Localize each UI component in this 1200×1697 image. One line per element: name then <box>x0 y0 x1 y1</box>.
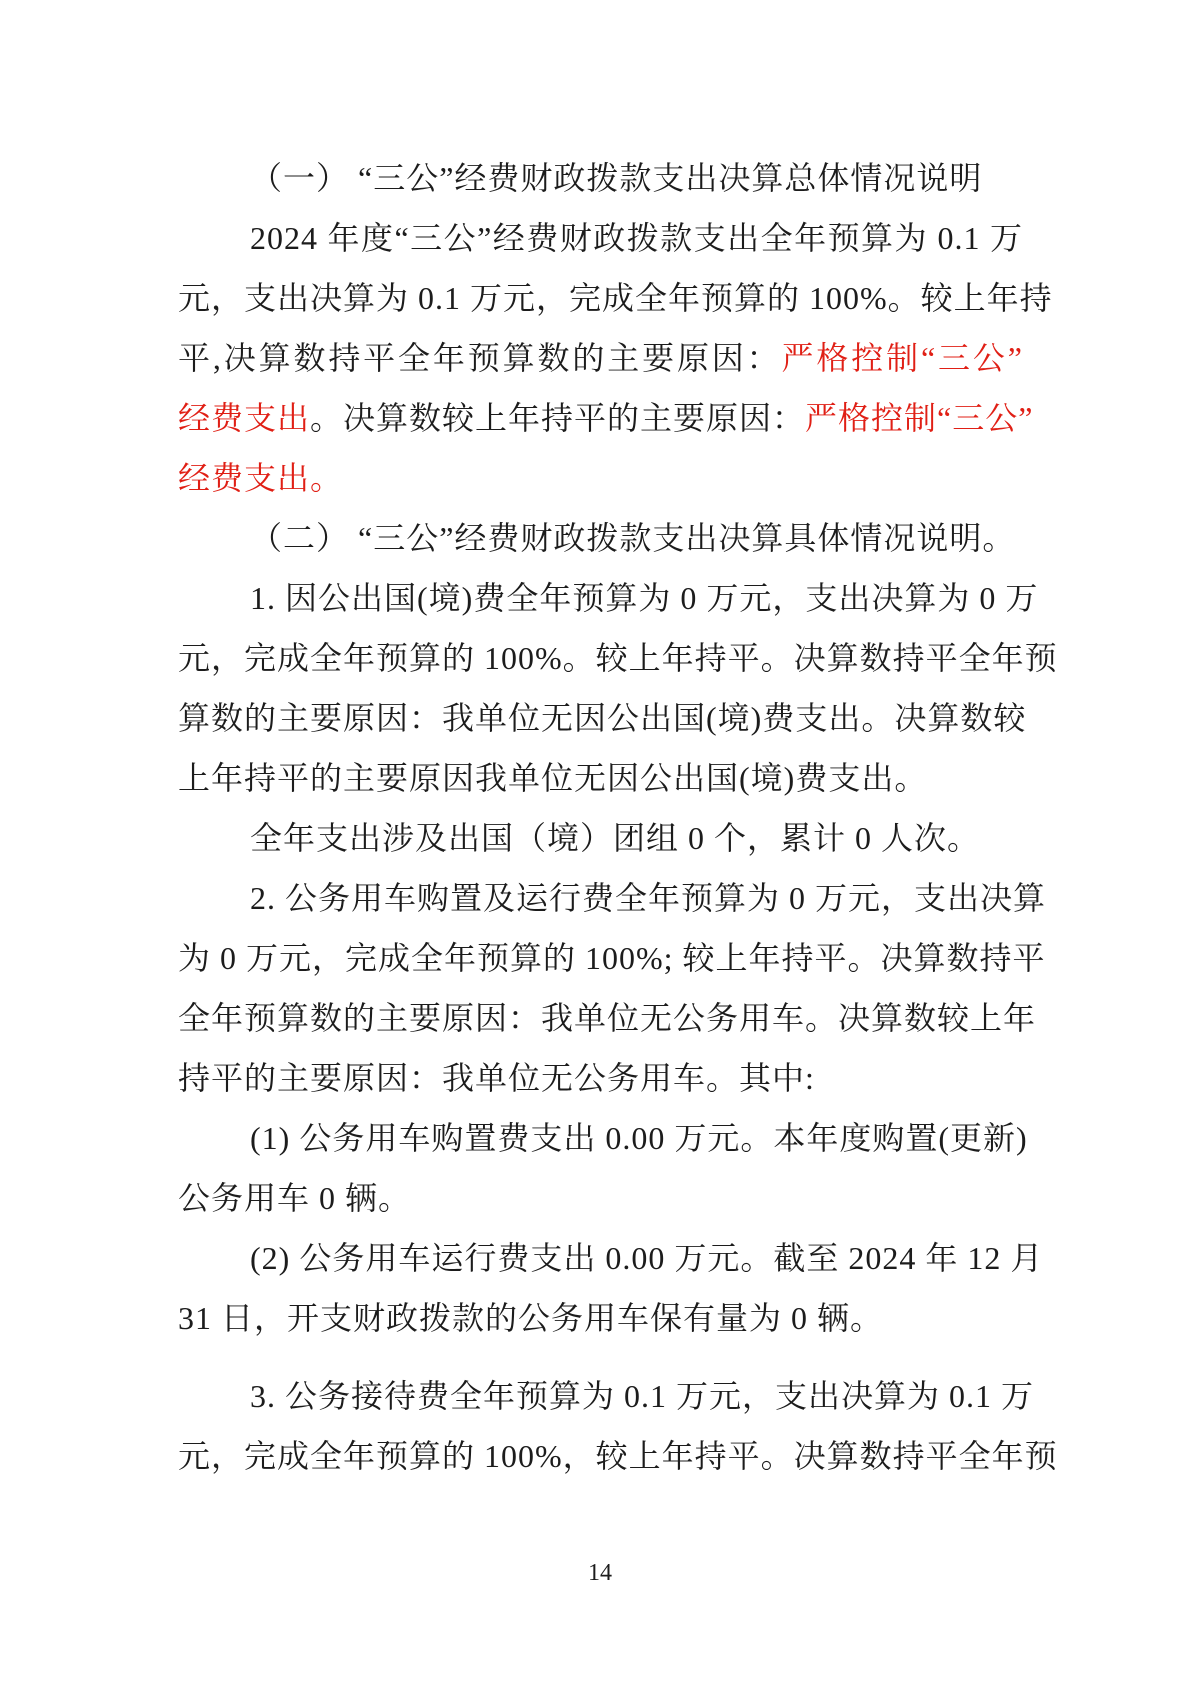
text-line: 1. 因公出国(境)费全年预算为 0 万元，支出决算为 0 万 <box>178 568 1023 628</box>
text-line: 2. 公务用车购置及运行费全年预算为 0 万元，支出决算 <box>178 868 1023 928</box>
body-text: （二） “三公”经费财政拨款支出决算具体情况说明。 <box>250 520 1015 556</box>
body-text: 元，完成全年预算的 100%。较上年持平。决算数持平全年预 <box>178 640 1058 676</box>
body-text: (2) 公务用车运行费支出 0.00 万元。截至 2024 年 12 月 <box>250 1240 1043 1276</box>
highlighted-red-text: 严格控制“三公” <box>805 400 1033 436</box>
text-line: （一） “三公”经费财政拨款支出决算总体情况说明 <box>178 148 1023 208</box>
body-text: 为 0 万元，完成全年预算的 100%; 较上年持平。决算数持平 <box>178 940 1046 976</box>
body-text: 元，支出决算为 0.1 万元，完成全年预算的 100%。较上年持 <box>178 280 1053 316</box>
text-line: (1) 公务用车购置费支出 0.00 万元。本年度购置(更新) <box>178 1108 1023 1168</box>
text-line: 经费支出。 <box>178 448 1023 508</box>
body-text: 元，完成全年预算的 100%，较上年持平。决算数持平全年预 <box>178 1438 1058 1474</box>
body-text: 全年支出涉及出国（境）团组 0 个，累计 0 人次。 <box>250 820 980 856</box>
text-line: 全年预算数的主要原因：我单位无公务用车。决算数较上年 <box>178 988 1023 1048</box>
text-line: 算数的主要原因：我单位无因公出国(境)费支出。决算数较 <box>178 688 1023 748</box>
text-line: 31 日，开支财政拨款的公务用车保有量为 0 辆。 <box>178 1288 1023 1348</box>
document-page: { "page": { "background": "#ffffff", "in… <box>0 0 1200 1697</box>
text-line: 3. 公务接待费全年预算为 0.1 万元，支出决算为 0.1 万 <box>178 1366 1023 1426</box>
text-line: 元，支出决算为 0.1 万元，完成全年预算的 100%。较上年持 <box>178 268 1023 328</box>
text-line: 上年持平的主要原因我单位无因公出国(境)费支出。 <box>178 748 1023 808</box>
text-line: 为 0 万元，完成全年预算的 100%; 较上年持平。决算数持平 <box>178 928 1023 988</box>
highlighted-red-text: 严格控制“三公” <box>782 340 1023 376</box>
body-text: 2024 年度“三公”经费财政拨款支出全年预算为 0.1 万 <box>250 220 1023 256</box>
text-line: 平,决算数持平全年预算数的主要原因：严格控制“三公” <box>178 328 1023 388</box>
body-text: 全年预算数的主要原因：我单位无公务用车。决算数较上年 <box>178 1000 1036 1036</box>
text-line: (2) 公务用车运行费支出 0.00 万元。截至 2024 年 12 月 <box>178 1228 1023 1288</box>
body-text: 平,决算数持平全年预算数的主要原因： <box>178 340 782 376</box>
text-line: 元，完成全年预算的 100%。较上年持平。决算数持平全年预 <box>178 628 1023 688</box>
text-line: 元，完成全年预算的 100%，较上年持平。决算数持平全年预 <box>178 1426 1023 1486</box>
body-text: 2. 公务用车购置及运行费全年预算为 0 万元，支出决算 <box>250 880 1046 916</box>
body-text: 算数的主要原因：我单位无因公出国(境)费支出。决算数较 <box>178 700 1026 736</box>
body-text: 1. 因公出国(境)费全年预算为 0 万元，支出决算为 0 万 <box>250 580 1038 616</box>
text-line: 2024 年度“三公”经费财政拨款支出全年预算为 0.1 万 <box>178 208 1023 268</box>
body-text: 。决算数较上年持平的主要原因： <box>310 400 805 436</box>
text-line: 公务用车 0 辆。 <box>178 1168 1023 1228</box>
document-body: （一） “三公”经费财政拨款支出决算总体情况说明2024 年度“三公”经费财政拨… <box>178 148 1023 1486</box>
page-number: 14 <box>0 1560 1200 1587</box>
highlighted-red-text: 经费支出 <box>178 400 310 436</box>
body-text: 31 日，开支财政拨款的公务用车保有量为 0 辆。 <box>178 1300 883 1336</box>
body-text: 3. 公务接待费全年预算为 0.1 万元，支出决算为 0.1 万 <box>250 1378 1034 1414</box>
body-text: 公务用车 0 辆。 <box>178 1180 411 1216</box>
body-text: 上年持平的主要原因我单位无因公出国(境)费支出。 <box>178 760 927 796</box>
body-text: （一） “三公”经费财政拨款支出决算总体情况说明 <box>250 160 982 196</box>
highlighted-red-text: 经费支出。 <box>178 460 343 496</box>
text-line: （二） “三公”经费财政拨款支出决算具体情况说明。 <box>178 508 1023 568</box>
text-line: 持平的主要原因：我单位无公务用车。其中: <box>178 1048 1023 1108</box>
text-line: 经费支出。决算数较上年持平的主要原因：严格控制“三公” <box>178 388 1023 448</box>
text-line: 全年支出涉及出国（境）团组 0 个，累计 0 人次。 <box>178 808 1023 868</box>
body-text: 持平的主要原因：我单位无公务用车。其中: <box>178 1060 815 1096</box>
body-text: (1) 公务用车购置费支出 0.00 万元。本年度购置(更新) <box>250 1120 1028 1156</box>
